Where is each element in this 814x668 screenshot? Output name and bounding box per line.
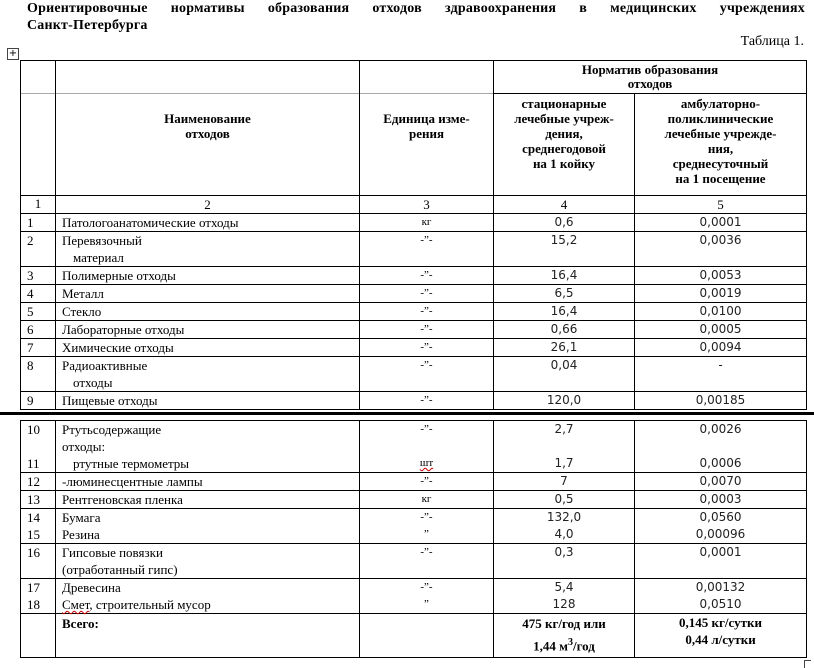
- value-amb: 0,0001: [635, 544, 806, 561]
- value-amb: 0,0019: [635, 285, 806, 302]
- cell-name: Пищевые отходы: [56, 392, 360, 410]
- waste-name-line: отходы:: [62, 438, 359, 455]
- value-amb: 0,0100: [635, 303, 806, 320]
- cell-amb: 0,0001: [635, 214, 807, 232]
- value-stat: 16,4: [494, 267, 634, 284]
- header-line: среднегодовой: [494, 141, 634, 156]
- header-col-stationary: стационарныелечебные учреж-дения,среднег…: [494, 94, 635, 196]
- cell-unit: -”-: [360, 544, 494, 579]
- waste-name-line: Ртутьсодержащие: [62, 421, 359, 438]
- table-row: 16Гипсовые повязки(отработанный гипс)-”-…: [21, 544, 807, 579]
- title-line-2: Санкт-Петербурга: [27, 18, 148, 33]
- table-number: Таблица 1.: [741, 34, 804, 50]
- total-num: [21, 614, 56, 658]
- value-unit: ”: [360, 526, 493, 543]
- value-unit: кг: [360, 214, 493, 231]
- cell-unit: -”-: [360, 285, 494, 303]
- cell-amb: 0,0070: [635, 473, 807, 491]
- cell-unit: -”-: [360, 267, 494, 285]
- header-col-number: [21, 94, 56, 196]
- waste-norms-table-part-2: 10 11Ртутьсодержащиеотходы:ртутные термо…: [20, 420, 807, 658]
- waste-name: Смет, строительный мусор: [62, 596, 359, 613]
- cell-name: Ртутьсодержащиеотходы:ртутные термометры: [56, 421, 360, 473]
- value-num: 14: [27, 509, 55, 526]
- cell-num: 12: [21, 473, 56, 491]
- value-unit: -”-: [360, 544, 493, 561]
- document-title: Ориентировочные нормативы образования от…: [27, 0, 805, 34]
- header-line: стационарные: [494, 96, 634, 111]
- value-stat: 0,3: [494, 544, 634, 561]
- value-amb: 0,0003: [635, 491, 806, 508]
- cell-num: 1: [21, 214, 56, 232]
- waste-norms-table-part-1: Норматив образования отходов Наименовани…: [20, 60, 807, 410]
- table-row: 13Рентгеновская пленкакг0,50,0003: [21, 491, 807, 509]
- waste-name-line: Бумага: [62, 509, 359, 526]
- table-row: 12-люминесцентные лампы-”-70,0070: [21, 473, 807, 491]
- cell-name: Гипсовые повязки(отработанный гипс): [56, 544, 360, 579]
- header-col-name: Наименование отходов: [56, 94, 360, 196]
- value-stat: 15,2: [494, 232, 634, 249]
- value-num: 6: [27, 321, 55, 338]
- table-row: 1718ДревесинаСмет, строительный мусор-”-…: [21, 579, 807, 614]
- cell-num: 10 11: [21, 421, 56, 473]
- value-unit: -”-: [360, 267, 493, 284]
- total-volume-value: 1,44 м: [533, 638, 568, 653]
- cell-amb: 0,0094: [635, 339, 807, 357]
- colnum-2: 2: [56, 196, 360, 214]
- value-stat: 128: [494, 596, 634, 613]
- waste-name-line: Металл: [62, 285, 359, 302]
- total-stationary: 475 кг/год или 1,44 м3/год: [494, 614, 635, 658]
- value-num: 9: [27, 392, 55, 409]
- cell-amb: 0,0036: [635, 232, 807, 267]
- value-stat: 1,7: [494, 455, 634, 472]
- header-unit-line-2: рения: [360, 126, 493, 141]
- value-stat: 2,7: [494, 421, 634, 438]
- value-stat: 26,1: [494, 339, 634, 356]
- cell-name: БумагаРезина: [56, 509, 360, 544]
- header-empty-3: [360, 61, 494, 94]
- waste-name-line: (отработанный гипс): [62, 561, 359, 578]
- value-stat: 5,4: [494, 579, 634, 596]
- waste-name-rest: , строительный мусор: [89, 597, 210, 612]
- value-num: 8: [27, 357, 55, 374]
- cell-unit: кг: [360, 491, 494, 509]
- waste-name-line: Радиоактивные: [62, 357, 359, 374]
- value-amb: 0,0005: [635, 321, 806, 338]
- cell-unit: -”-”: [360, 509, 494, 544]
- cell-stat: 26,1: [494, 339, 635, 357]
- title-line-1: Ориентировочные нормативы образования от…: [27, 0, 805, 17]
- value-num: 11: [27, 455, 55, 472]
- table-row: 4Металл-”-6,50,0019: [21, 285, 807, 303]
- waste-name-line: Древесина: [62, 579, 359, 596]
- spacer: [494, 438, 634, 455]
- table-row: 5Стекло-”-16,40,0100: [21, 303, 807, 321]
- total-row: Всего: 475 кг/год или 1,44 м3/год 0,145 …: [21, 614, 807, 658]
- value-num: 17: [27, 579, 55, 596]
- value-unit: -”-: [360, 392, 493, 409]
- value-amb: 0,0560: [635, 509, 806, 526]
- value-stat: 0,04: [494, 357, 634, 374]
- cell-stat: 16,4: [494, 267, 635, 285]
- cell-unit: -”-: [360, 392, 494, 410]
- total-unit: [360, 614, 494, 658]
- header-name-line-2: отходов: [56, 126, 359, 141]
- value-unit: кг: [360, 491, 493, 508]
- cell-num: 8: [21, 357, 56, 392]
- cell-num: 13: [21, 491, 56, 509]
- cell-num: 2: [21, 232, 56, 267]
- cell-name: Стекло: [56, 303, 360, 321]
- header-col-ambulatory: амбулаторно-поликлиническиелечебные учре…: [635, 94, 807, 196]
- value-unit: -”-: [360, 509, 493, 526]
- cell-stat: 7: [494, 473, 635, 491]
- value-unit: -”-: [360, 285, 493, 302]
- cell-name: Перевязочныйматериал: [56, 232, 360, 267]
- cell-amb: 0,05600,00096: [635, 509, 807, 544]
- cell-num: 1718: [21, 579, 56, 614]
- cell-num: 4: [21, 285, 56, 303]
- waste-name-prefix: Смет: [62, 597, 89, 612]
- cell-amb: -: [635, 357, 807, 392]
- cell-stat: 0,04: [494, 357, 635, 392]
- header-unit-line-1: Единица изме-: [360, 111, 493, 126]
- table-row: 9Пищевые отходы-”-120,00,00185: [21, 392, 807, 410]
- waste-name-line: Полимерные отходы: [62, 267, 359, 284]
- header-line: поликлинические: [635, 111, 806, 126]
- value-num: 4: [27, 285, 55, 302]
- header-group-norm: Норматив образования отходов: [494, 61, 807, 94]
- value-amb: 0,0006: [635, 455, 806, 472]
- cell-unit: -”-”: [360, 579, 494, 614]
- cell-name: Патологоанатомические отходы: [56, 214, 360, 232]
- header-group-line-1: Норматив образования: [494, 63, 806, 77]
- total-ambulatory: 0,145 кг/сутки 0,44 л/сутки: [635, 614, 807, 658]
- header-name-line-1: Наименование: [56, 111, 359, 126]
- cell-stat: 0,66: [494, 321, 635, 339]
- value-amb: 0,00185: [635, 392, 806, 409]
- cell-unit: кг: [360, 214, 494, 232]
- cell-stat: 0,5: [494, 491, 635, 509]
- value-amb: -: [635, 357, 806, 374]
- total-stationary-line-2: 1,44 м3/год: [494, 633, 634, 655]
- waste-name-line: -люминесцентные лампы: [62, 473, 359, 490]
- value-num: 18: [27, 596, 55, 613]
- cell-stat: 132,04,0: [494, 509, 635, 544]
- waste-name-line: Перевязочный: [62, 232, 359, 249]
- value-stat: 132,0: [494, 509, 634, 526]
- header-line: ния,: [635, 141, 806, 156]
- value-unit: -”-: [360, 232, 493, 249]
- colnum-5: 5: [635, 196, 807, 214]
- cell-name: Рентгеновская пленка: [56, 491, 360, 509]
- value-num: 1: [27, 214, 55, 231]
- colnum-4: 4: [494, 196, 635, 214]
- cell-num: 5: [21, 303, 56, 321]
- cell-num: 6: [21, 321, 56, 339]
- cell-num: 7: [21, 339, 56, 357]
- header-line: лечебные учрежде-: [635, 126, 806, 141]
- colnum-1: 1: [21, 196, 56, 214]
- table-row: 6Лабораторные отходы-”-0,660,0005: [21, 321, 807, 339]
- value-num: 12: [27, 473, 55, 490]
- value-unit: -”-: [360, 357, 493, 374]
- table-row: 3Полимерные отходы-”-16,40,0053: [21, 267, 807, 285]
- cell-stat: 2,7 1,7: [494, 421, 635, 473]
- cell-name: Лабораторные отходы: [56, 321, 360, 339]
- cell-num: 1415: [21, 509, 56, 544]
- value-stat: 120,0: [494, 392, 634, 409]
- waste-name-line: отходы: [62, 374, 359, 391]
- value-amb: 0,00132: [635, 579, 806, 596]
- cell-name: ДревесинаСмет, строительный мусор: [56, 579, 360, 614]
- cell-num: 3: [21, 267, 56, 285]
- waste-name-line: материал: [62, 249, 359, 266]
- header-line: на 1 посещение: [635, 171, 806, 186]
- header-empty-1: [21, 61, 56, 94]
- waste-name-line: Пищевые отходы: [62, 392, 359, 409]
- cell-amb: 0,0100: [635, 303, 807, 321]
- header-line: дения,: [494, 126, 634, 141]
- column-number-row: 1 2 3 4 5: [21, 196, 807, 214]
- waste-name-line: Рентгеновская пленка: [62, 491, 359, 508]
- total-label: Всего:: [56, 614, 360, 658]
- value-amb: 0,0510: [635, 596, 806, 613]
- cell-stat: 120,0: [494, 392, 635, 410]
- value-num: 2: [27, 232, 55, 249]
- cell-stat: 0,6: [494, 214, 635, 232]
- value-stat: 4,0: [494, 526, 634, 543]
- header-empty-2: [56, 61, 360, 94]
- value-num: 5: [27, 303, 55, 320]
- cell-unit: -”-: [360, 321, 494, 339]
- header-group-line-2: отходов: [494, 77, 806, 91]
- waste-name-line: Резина: [62, 526, 359, 543]
- cell-amb: 0,0019: [635, 285, 807, 303]
- total-ambulatory-line-1: 0,145 кг/сутки: [635, 614, 806, 631]
- table-row: 7Химические отходы-”-26,10,0094: [21, 339, 807, 357]
- value-num: 16: [27, 544, 55, 561]
- value-unit: -”-: [360, 339, 493, 356]
- cell-amb: 0,0026 0,0006: [635, 421, 807, 473]
- waste-name-line: Гипсовые повязки: [62, 544, 359, 561]
- value-num: 3: [27, 267, 55, 284]
- value-amb: 0,0094: [635, 339, 806, 356]
- cell-num: 16: [21, 544, 56, 579]
- value-num: 13: [27, 491, 55, 508]
- value-stat: 0,5: [494, 491, 634, 508]
- cell-name: Радиоактивныеотходы: [56, 357, 360, 392]
- value-stat: 16,4: [494, 303, 634, 320]
- value-stat: 6,5: [494, 285, 634, 302]
- cell-amb: 0,0005: [635, 321, 807, 339]
- page-break-line: [0, 412, 814, 415]
- cell-stat: 5,4128: [494, 579, 635, 614]
- spacer: [360, 438, 493, 455]
- header-line: лечебные учреж-: [494, 111, 634, 126]
- header-line: амбулаторно-: [635, 96, 806, 111]
- value-num: 7: [27, 339, 55, 356]
- value-amb: 0,0026: [635, 421, 806, 438]
- waste-name-line: Лабораторные отходы: [62, 321, 359, 338]
- value-unit: -”-: [360, 321, 493, 338]
- header-line: на 1 койку: [494, 156, 634, 171]
- cell-unit: -”-: [360, 473, 494, 491]
- page-corner-mark: [804, 660, 811, 668]
- cell-unit: -”-: [360, 232, 494, 267]
- cell-unit: -”-: [360, 339, 494, 357]
- cell-name: Металл: [56, 285, 360, 303]
- value-stat: 0,6: [494, 214, 634, 231]
- total-ambulatory-line-2: 0,44 л/сутки: [635, 631, 806, 648]
- cell-unit: -”- шт: [360, 421, 494, 473]
- table-row: 8Радиоактивныеотходы-”-0,04-: [21, 357, 807, 392]
- waste-name-line: Химические отходы: [62, 339, 359, 356]
- value-amb: 0,0053: [635, 267, 806, 284]
- value-amb: 0,0070: [635, 473, 806, 490]
- table-row: 1Патологоанатомические отходыкг0,60,0001: [21, 214, 807, 232]
- value-unit: -”-: [360, 303, 493, 320]
- value-unit: -”-: [360, 473, 493, 490]
- value-stat: 7: [494, 473, 634, 490]
- table-row: 10 11Ртутьсодержащиеотходы:ртутные термо…: [21, 421, 807, 473]
- header-line: среднесуточный: [635, 156, 806, 171]
- value-unit: ”: [360, 596, 493, 613]
- value-num: 10: [27, 421, 55, 438]
- value-unit: шт: [360, 455, 493, 472]
- spacer: [27, 438, 55, 455]
- value-amb: 0,00096: [635, 526, 806, 543]
- cell-num: 9: [21, 392, 56, 410]
- colnum-3: 3: [360, 196, 494, 214]
- cell-name: Химические отходы: [56, 339, 360, 357]
- cell-amb: 0,001320,0510: [635, 579, 807, 614]
- waste-name-line: Патологоанатомические отходы: [62, 214, 359, 231]
- cell-unit: -”-: [360, 357, 494, 392]
- cell-amb: 0,0003: [635, 491, 807, 509]
- cell-unit: -”-: [360, 303, 494, 321]
- cell-stat: 16,4: [494, 303, 635, 321]
- table-move-handle-icon[interactable]: +: [7, 48, 19, 60]
- value-stat: 0,66: [494, 321, 634, 338]
- cell-amb: 0,0001: [635, 544, 807, 579]
- value-amb: 0,0001: [635, 214, 806, 231]
- table-row: 1415БумагаРезина-”-”132,04,00,05600,0009…: [21, 509, 807, 544]
- value-unit: -”-: [360, 579, 493, 596]
- value-num: 15: [27, 526, 55, 543]
- waste-name-line: Стекло: [62, 303, 359, 320]
- header-col-unit: Единица изме- рения: [360, 94, 494, 196]
- cell-name: -люминесцентные лампы: [56, 473, 360, 491]
- total-stationary-line-1: 475 кг/год или: [494, 614, 634, 633]
- total-volume-unit: /год: [573, 638, 595, 653]
- spacer: [635, 438, 806, 455]
- value-unit: -”-: [360, 421, 493, 438]
- cell-stat: 15,2: [494, 232, 635, 267]
- cell-amb: 0,0053: [635, 267, 807, 285]
- value-amb: 0,0036: [635, 232, 806, 249]
- cell-amb: 0,00185: [635, 392, 807, 410]
- cell-stat: 0,3: [494, 544, 635, 579]
- cell-name: Полимерные отходы: [56, 267, 360, 285]
- waste-name-line: ртутные термометры: [62, 455, 359, 472]
- table-row: 2Перевязочныйматериал-”-15,20,0036: [21, 232, 807, 267]
- cell-stat: 6,5: [494, 285, 635, 303]
